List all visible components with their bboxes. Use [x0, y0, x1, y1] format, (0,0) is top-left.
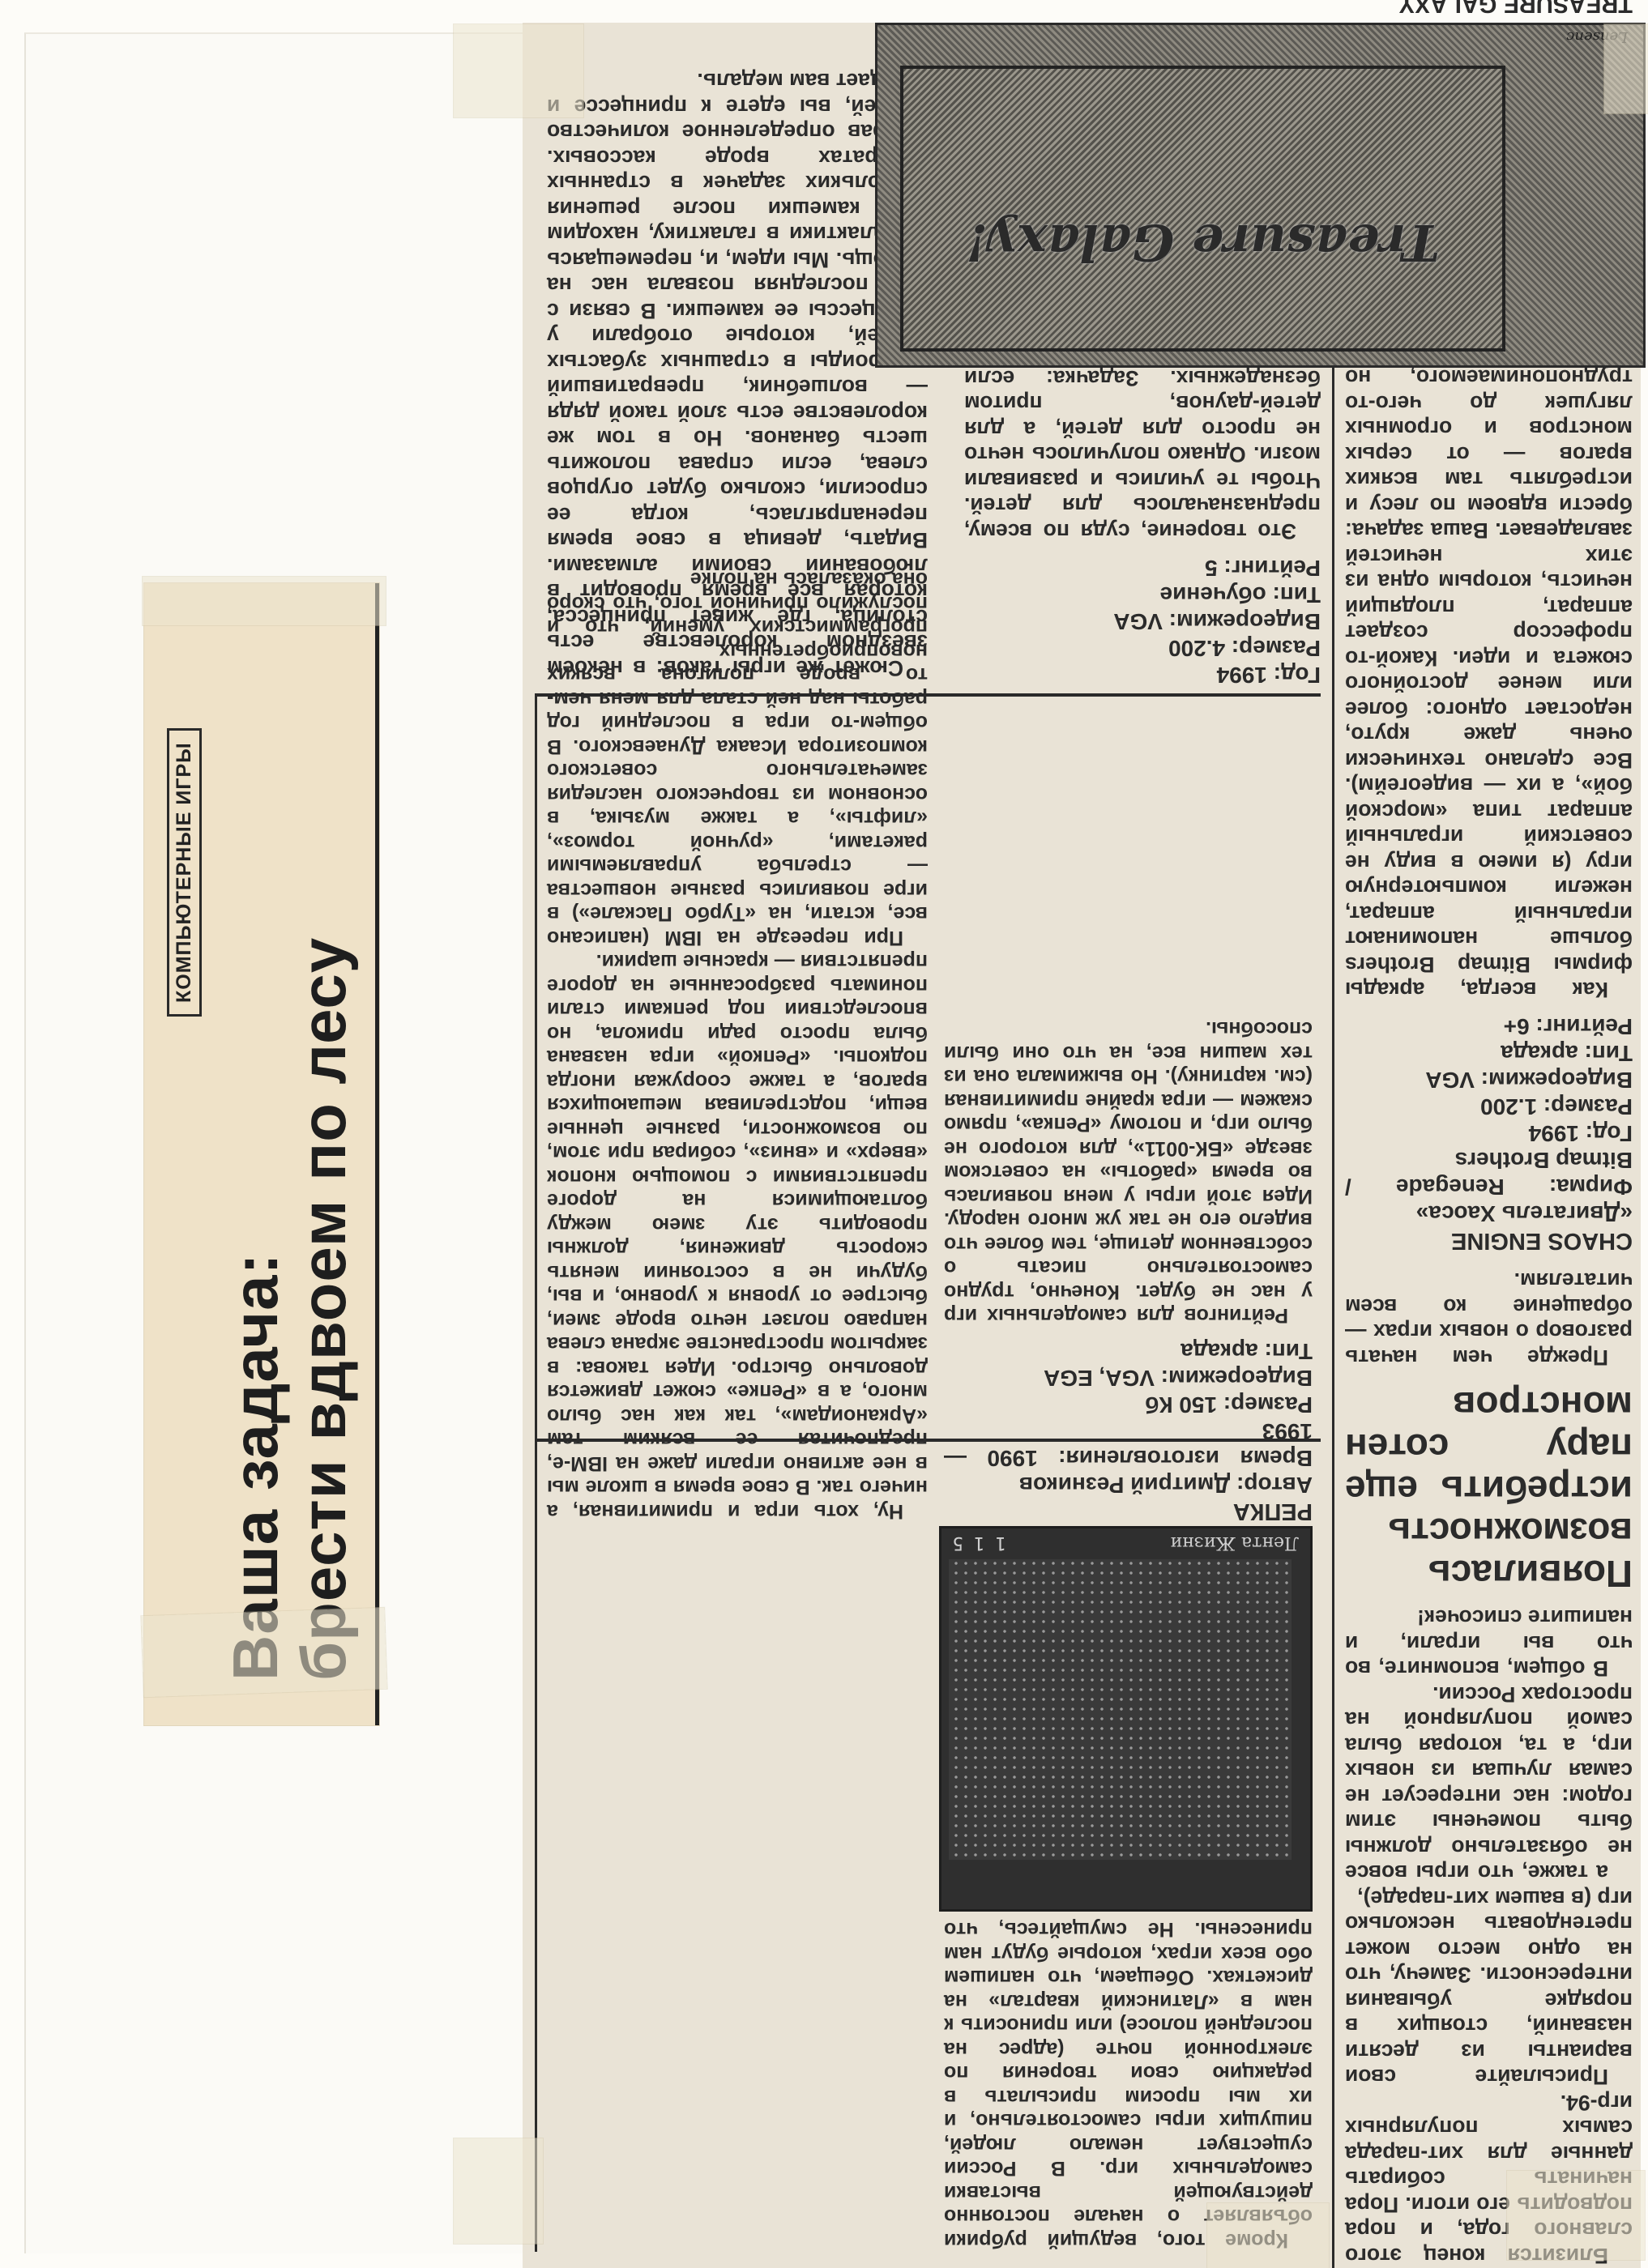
game-rating: Рейтинг: 5	[964, 555, 1321, 582]
game-title-chaos-engine: CHAOS ENGINE	[1345, 1228, 1633, 1254]
headline-rotated: КОМПЬЮТЕРНЫЕ ИГРЫ Ваша задача: брести вд…	[152, 595, 371, 1713]
column-treasure-plot: Сюжет же игры таков: в некоем звездном к…	[547, 68, 928, 680]
game-review: Сюжет же игры таков: в некоем звездном к…	[547, 68, 928, 680]
game-title-ru: «Двигатель Хаоса»	[1345, 1201, 1633, 1228]
headline-clipping: КОМПЬЮТЕРНЫЕ ИГРЫ Ваша задача: брести вд…	[144, 583, 379, 1725]
game-size: Размер: 150 Кб	[944, 1392, 1313, 1419]
game-author: Автор: Дмитрий Резников	[944, 1473, 1313, 1499]
lead-paragraph: Прежде чем начать разговор о новых играх…	[1345, 1268, 1633, 1370]
game-year: Год: 1994	[964, 662, 1321, 688]
section-headline: Появилась возможность истребить еще пару…	[1345, 1384, 1633, 1595]
headline-line-2: брести вдвоем по лесу	[292, 937, 355, 1681]
intro-paragraph: а также, что игры вовсе не обязательно д…	[1345, 1682, 1633, 1886]
game-firm: Фирма: Renegade / Bitmap Brothers	[1345, 1148, 1633, 1201]
headline-rule	[375, 583, 379, 1725]
game-type: Тип: аркада	[944, 1339, 1313, 1366]
game-status-bar: Лента Жизни 1 1 5	[953, 1533, 1300, 1553]
rubric-label: КОМПЬЮТЕРНЫЕ ИГРЫ	[167, 728, 202, 1017]
tape-strip	[141, 1608, 386, 1697]
game-video: Видеорежим: VGA	[964, 608, 1321, 635]
game-video: Видеорежим: VGA	[1345, 1068, 1633, 1094]
game-size: Размер: 1.200	[1345, 1094, 1633, 1121]
game-rating: Рейтинг: 6+	[1345, 1014, 1633, 1041]
game-status-label: Лента Жизни	[1170, 1533, 1299, 1553]
game-score: 1 1 5	[953, 1533, 1006, 1553]
tape-strip	[1207, 2203, 1329, 2268]
game-made: Время изготовления: 1990 — 1993	[944, 1419, 1313, 1473]
game-title-treasure-galaxy: TREASURE GALAXY	[1345, 0, 1633, 17]
game-size: Размер: 4.200	[964, 635, 1321, 662]
game-review: Ну, хоть игра и примитивная, а ничего та…	[547, 949, 928, 1523]
box-rule-side	[535, 693, 537, 2252]
box-art-treasure-galaxy: Treasure Galaxy! Lensenc	[875, 23, 1646, 368]
game-playfield	[949, 1559, 1292, 1860]
column-repka-b: Ну, хоть игра и примитивная, а ничего та…	[547, 567, 928, 1523]
column-repka-a: РЕПКА Автор: Дмитрий Резников Время изго…	[944, 1017, 1313, 1523]
intro-paragraph: В общем, вспомните, во что вы играли, и …	[1345, 1605, 1633, 1682]
box-art-frame	[900, 66, 1505, 352]
game-year: Год: 1994	[1345, 1121, 1633, 1148]
box-art-title: Treasure Galaxy!	[900, 215, 1505, 270]
newspaper-clipping: Близится конец этого славного года, и по…	[523, 23, 1641, 2268]
game-review: Рейтингов для самодельных игр у нас не б…	[944, 1017, 1313, 1328]
game-type: Тип: обучение	[964, 582, 1321, 608]
game-type: Тип: аркада	[1345, 1041, 1633, 1068]
tape-strip	[454, 2138, 543, 2244]
tape-strip	[143, 577, 386, 625]
game-title-repka: РЕПКА	[944, 1499, 1313, 1524]
tape-strip	[454, 24, 583, 117]
intro-paragraph: Присылайте свои варианты из десяти назва…	[1345, 1886, 1633, 2090]
tape-strip	[1507, 2171, 1645, 2260]
tape-strip	[1604, 24, 1648, 113]
game-video: Видеорежим: VGA, EGA	[944, 1366, 1313, 1392]
game-screenshot-repka: Лента Жизни 1 1 5	[939, 1526, 1313, 1912]
